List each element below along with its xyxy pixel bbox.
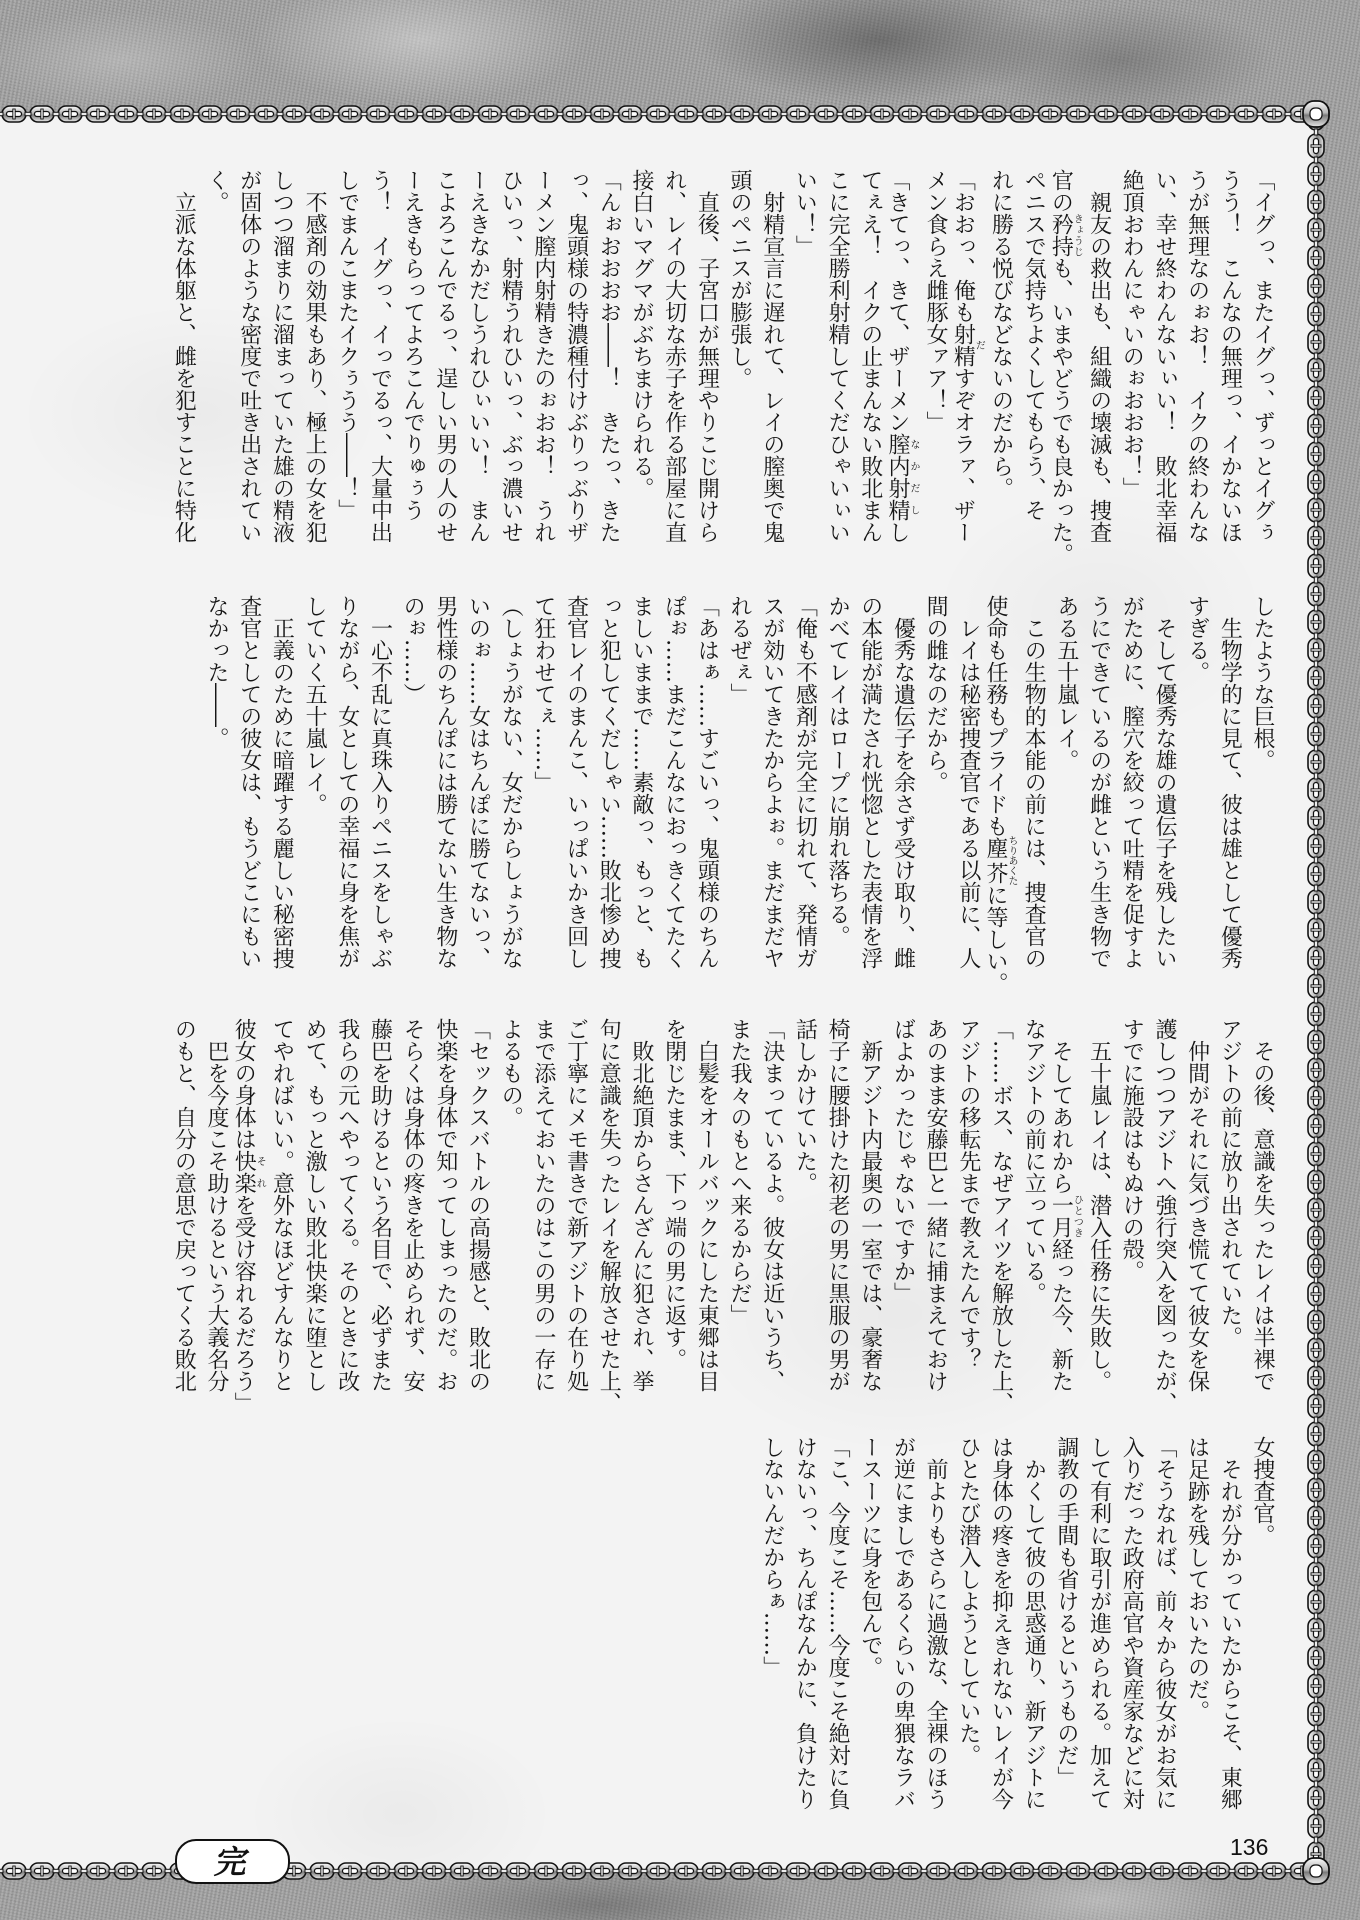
- chain-border: [0, 0, 1360, 1920]
- end-mark-badge: 完: [175, 1839, 290, 1884]
- end-mark-text: 完: [213, 1846, 252, 1878]
- page-number: 136: [1230, 1836, 1268, 1859]
